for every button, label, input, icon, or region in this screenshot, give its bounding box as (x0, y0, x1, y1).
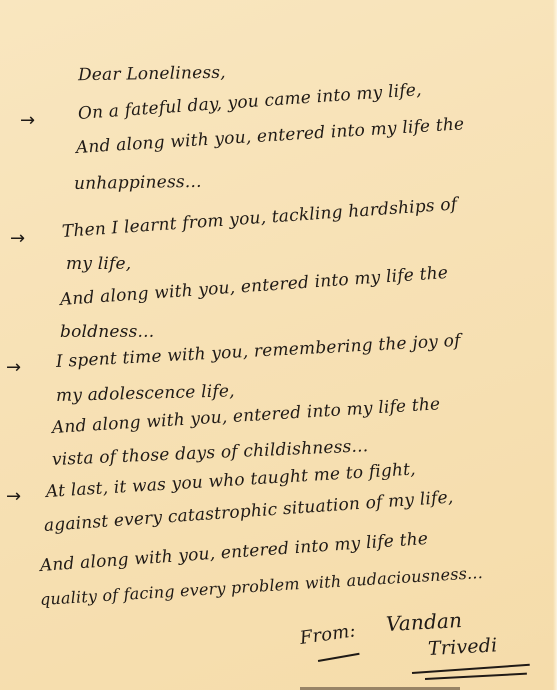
letter-line: Then I learnt from you, tackling hardshi… (61, 194, 458, 242)
letter-line: On a fateful day, you came into my life, (77, 80, 422, 124)
arrow-bullet-icon: → (6, 486, 21, 507)
signature-last-name: Trivedi (427, 634, 498, 660)
from-underline (318, 653, 360, 662)
signature-from-label: From: (299, 620, 357, 649)
paper-right-edge (553, 0, 557, 690)
letter-line: my life, (66, 254, 131, 274)
arrow-bullet-icon: → (10, 228, 25, 249)
letter-line: my adolescence life, (56, 381, 235, 406)
letter-salutation: Dear Loneliness, (78, 63, 226, 86)
arrow-bullet-icon: → (20, 110, 35, 131)
signature-first-name: Vandan (385, 608, 462, 636)
letter-line: unhappiness... (74, 172, 202, 194)
letter-line: boldness... (60, 322, 154, 342)
signature-underline (412, 664, 530, 674)
letter-line: And along with you, entered into my life… (75, 114, 464, 158)
arrow-bullet-icon: → (6, 357, 21, 378)
handwritten-letter-page: Dear Loneliness, → On a fateful day, you… (0, 0, 557, 690)
signature-underline (425, 673, 527, 680)
